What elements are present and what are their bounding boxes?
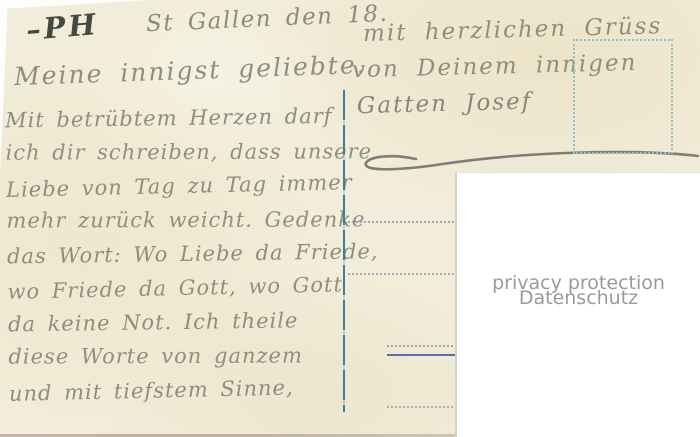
message-line: und mit tiefstem Sinne, — [9, 369, 356, 411]
scan-edge-sliver-top — [0, 0, 150, 9]
privacy-overlay: privacy protection Datenschutz — [455, 172, 700, 437]
handwritten-salutation: Meine innigst geliebte. — [14, 50, 367, 91]
message-line: Liebe von Tag zu Tag immer — [6, 165, 353, 207]
address-dotted-line — [387, 345, 457, 347]
divider-line — [343, 90, 345, 412]
dealer-pencil-mark: –PH — [25, 7, 100, 47]
message-line: Mit betrübtem Herzen darf — [5, 99, 351, 138]
message-line: mehr zurück weicht. Gedenke — [6, 202, 352, 237]
stamp-box — [573, 39, 673, 154]
address-dotted-line — [348, 221, 458, 223]
address-dotted-line — [348, 273, 458, 275]
address-dotted-line — [387, 406, 457, 408]
handwritten-message: Mit betrübtem Herzen darf ich dir schrei… — [5, 99, 355, 410]
message-line: ich dir schreiben, dass unsere — [6, 134, 352, 169]
address-underline — [387, 354, 457, 356]
message-line: diese Worte von ganzem — [8, 338, 354, 373]
privacy-overlay-text: privacy protection Datenschutz — [457, 276, 700, 306]
message-line: da keine Not. Ich theile — [8, 303, 354, 342]
